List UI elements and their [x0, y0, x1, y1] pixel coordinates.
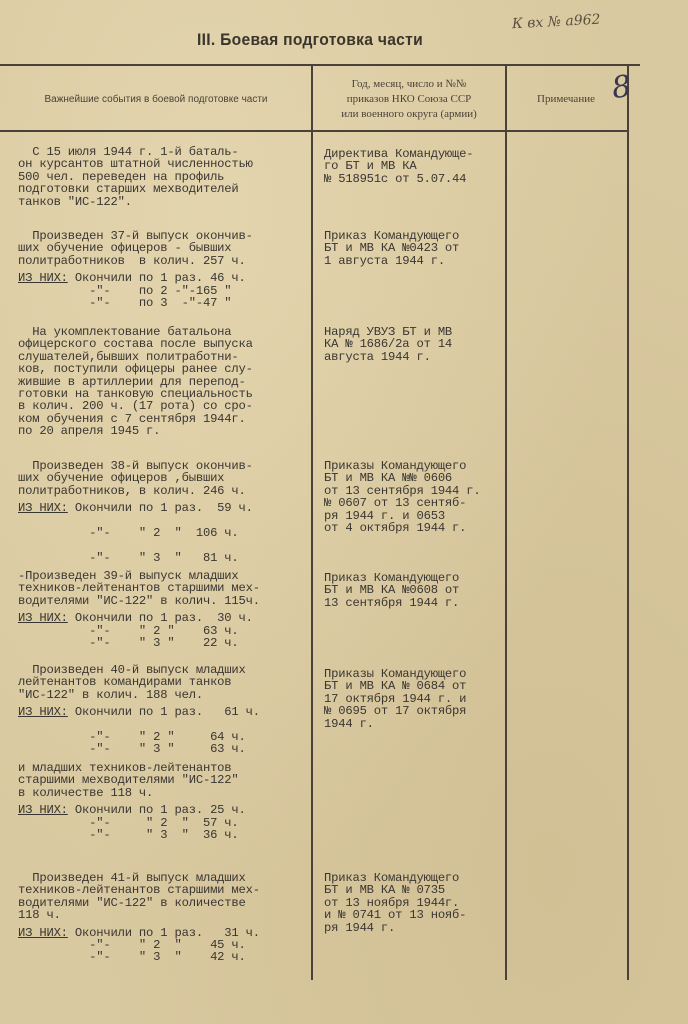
- handwritten-page-number: 8: [610, 69, 634, 106]
- event-text: Произведен 38-й выпуск окончив- ших обуч…: [18, 460, 314, 497]
- event-entry: Произведен 41-й выпуск младших техников-…: [18, 872, 314, 964]
- column-divider-3: [627, 66, 629, 980]
- graduation-breakdown: ИЗ НИХ: Окончили по 1 раз. 59 ч. -"- " 2…: [18, 502, 314, 564]
- event-text: -Произведен 39-й выпуск младших техников…: [18, 570, 314, 607]
- event-text: Произведен 37-й выпуск окончив- ших обуч…: [18, 230, 314, 267]
- breakdown-label: ИЗ НИХ:: [18, 705, 68, 719]
- graduation-breakdown: ИЗ НИХ: Окончили по 1 раз. 25 ч. -"- " 2…: [18, 804, 314, 841]
- order-reference: Приказы Командующего БТ и МВ КА №№ 0606 …: [324, 460, 514, 534]
- event-entry: Произведен 37-й выпуск окончив- ших обуч…: [18, 230, 314, 309]
- event-entry: На укомплектование батальона офицерского…: [18, 326, 314, 438]
- order-reference: Приказы Командующего БТ и МВ КА № 0684 о…: [324, 668, 514, 730]
- graduation-breakdown: ИЗ НИХ: Окончили по 1 раз. 30 ч. -"- " 2…: [18, 612, 314, 649]
- event-entry: С 15 июля 1944 г. 1-й баталь- он курсант…: [18, 146, 314, 208]
- event-entry: Произведен 40-й выпуск младших лейтенант…: [18, 664, 314, 756]
- column-header-orders: Год, месяц, число и №№ приказов НКО Союз…: [314, 66, 504, 132]
- order-reference: Приказ Командующего БТ и МВ КА №0423 от …: [324, 230, 514, 267]
- event-text: С 15 июля 1944 г. 1-й баталь- он курсант…: [18, 146, 314, 208]
- order-reference: Приказ Командующего БТ и МВ КА №0608 от …: [324, 572, 514, 609]
- event-text: Произведен 40-й выпуск младших лейтенант…: [18, 664, 314, 701]
- event-entry: Произведен 38-й выпуск окончив- ших обуч…: [18, 460, 314, 564]
- graduation-breakdown: ИЗ НИХ: Окончили по 1 раз. 31 ч. -"- " 2…: [18, 927, 314, 964]
- page-title: III. Боевая подготовка части: [25, 30, 595, 50]
- event-text: и младших техников-лейтенантов старшими …: [18, 762, 314, 799]
- order-reference: Наряд УВУЗ БТ и МВ КА № 1686/2а от 14 ав…: [324, 326, 514, 363]
- event-text: Произведен 41-й выпуск младших техников-…: [18, 872, 314, 922]
- event-entry: -Произведен 39-й выпуск младших техников…: [18, 570, 314, 649]
- order-reference: Приказ Командующего БТ и МВ КА № 0735 от…: [324, 872, 514, 934]
- graduation-breakdown: ИЗ НИХ: Окончили по 1 раз. 46 ч. -"- по …: [18, 272, 314, 309]
- graduation-breakdown: ИЗ НИХ: Окончили по 1 раз. 61 ч. -"- " 2…: [18, 706, 314, 756]
- order-reference: Директива Командующе- го БТ и МВ КА № 51…: [324, 148, 514, 185]
- column-header-events: Важнейшие события в боевой подготовке ча…: [0, 66, 312, 132]
- event-entry: и младших техников-лейтенантов старшими …: [18, 762, 314, 841]
- breakdown-label: ИЗ НИХ:: [18, 501, 68, 515]
- event-text: На укомплектование батальона офицерского…: [18, 326, 314, 438]
- column-header-notes: Примечание: [506, 66, 626, 132]
